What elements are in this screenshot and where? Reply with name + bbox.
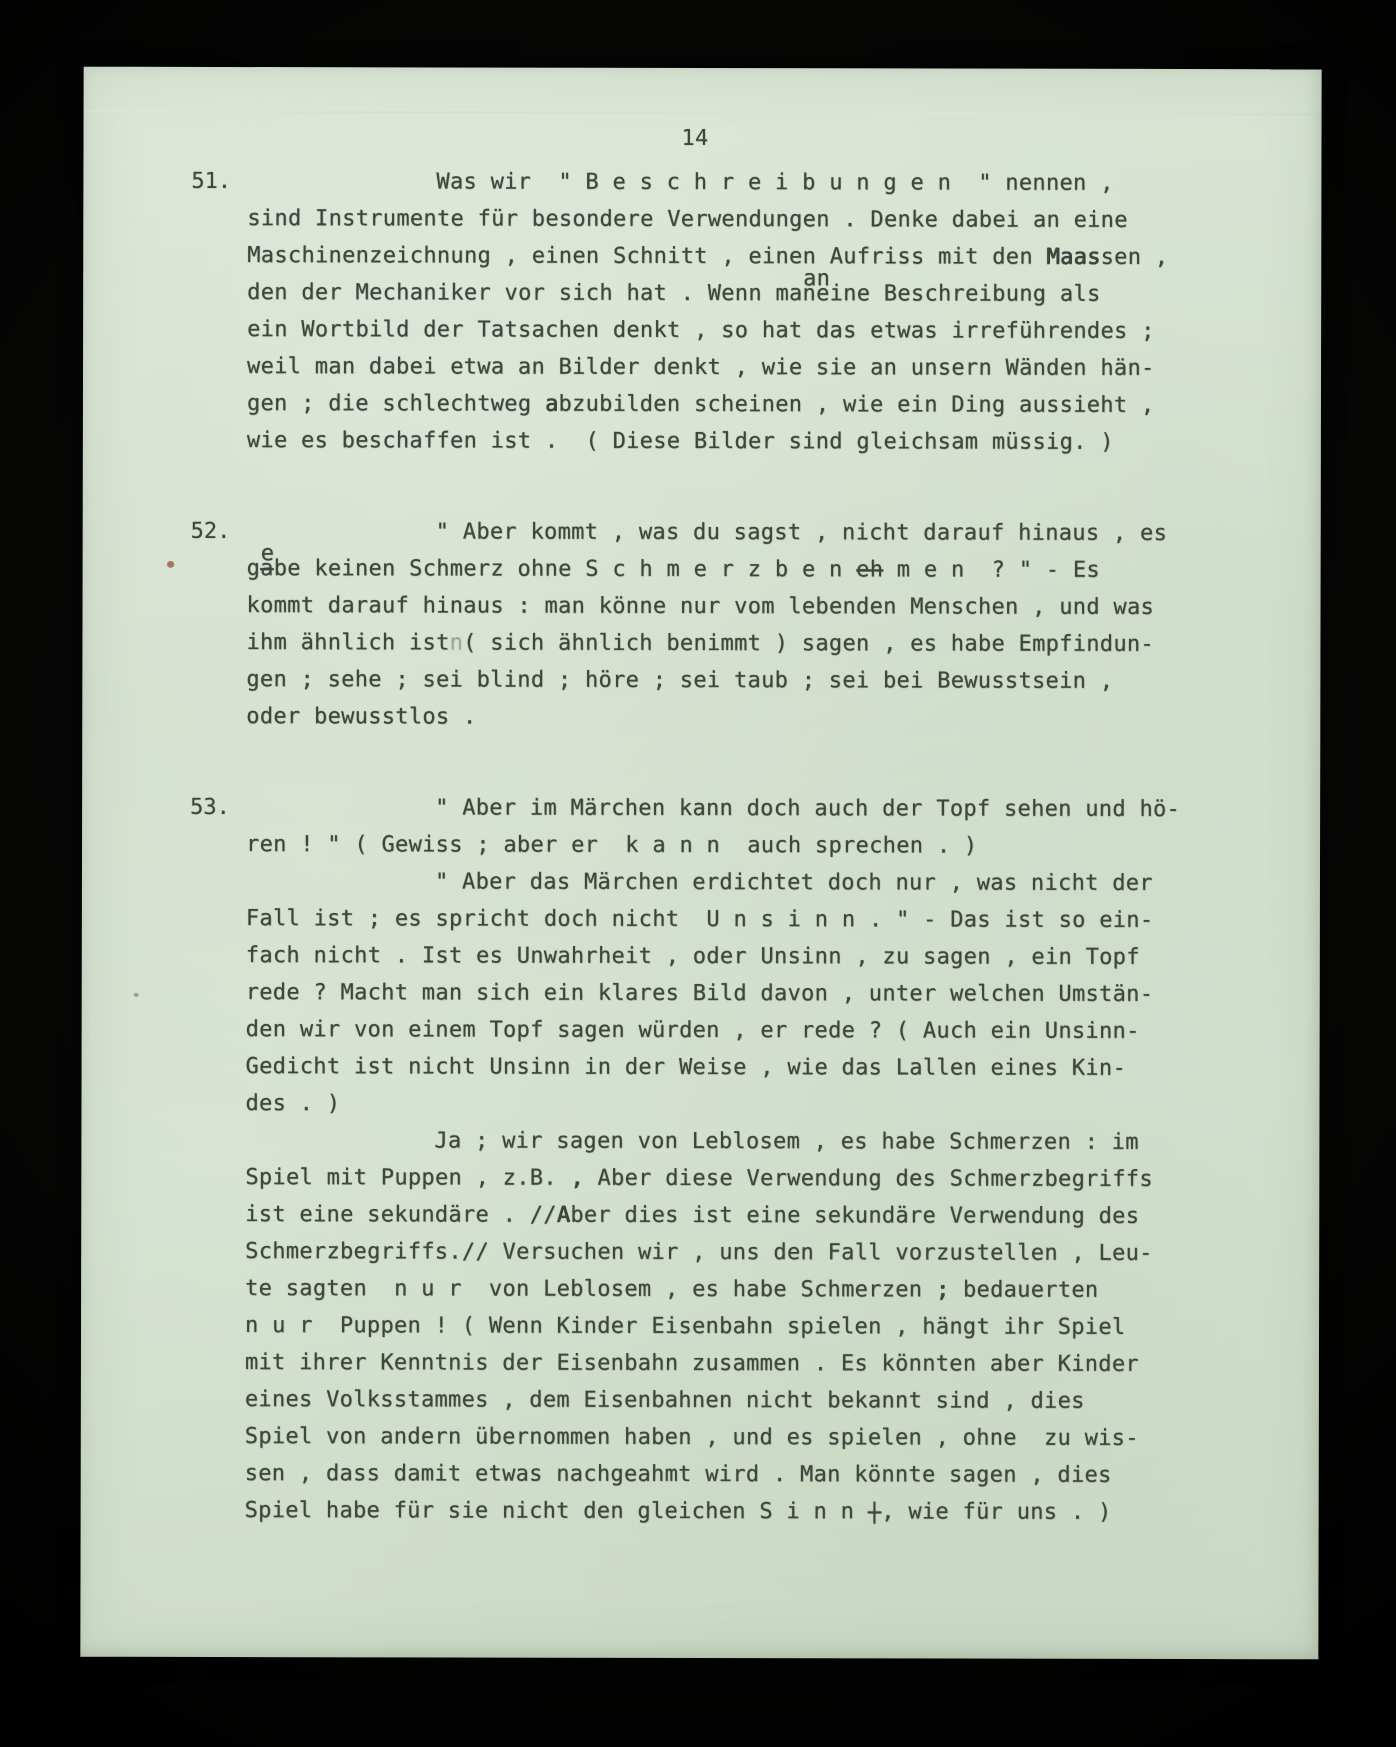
section-number: 51.: [191, 163, 248, 459]
section-body: Was wir " B e s c h r e i b u n g e n " …: [247, 163, 1322, 461]
text-line: Ja ; wir sagen von Leblosem , es habe Sc…: [245, 1122, 1319, 1161]
text-line: eines Volksstammes , dem Eisenbahnen nic…: [245, 1381, 1319, 1420]
text-segment: Gedicht ist nicht Unsinn in der Weise , …: [246, 1054, 1126, 1081]
text-line: mit ihrer Kenntnis der Eisenbahn zusamme…: [245, 1344, 1319, 1383]
text-segment: m e n ? " - Es: [883, 557, 1100, 582]
text-segment: gen ; sehe ; sei blind ; höre ; sei taub…: [246, 667, 1113, 694]
text-segment: g: [247, 556, 261, 581]
text-segment: ,: [570, 1166, 584, 1191]
text-line: Spiel von andern übernommen haben , und …: [245, 1418, 1319, 1457]
text-line: te sagten n u r von Leblosem , es habe S…: [245, 1270, 1319, 1309]
text-segment: kommt darauf hinaus : man könne nur vom …: [247, 593, 1155, 620]
text-line: " Aber im Märchen kann doch auch der Top…: [246, 789, 1320, 828]
text-segment: ihm ähnlich ist: [246, 630, 449, 655]
text-segment: eh: [856, 557, 883, 582]
text-line: weil man dabei etwa an Bilder denkt , wi…: [247, 348, 1321, 387]
page-content: 51.Was wir " B e s c h r e i b u n g e n…: [80, 163, 1321, 1586]
section: 52." Aber kommt , was du sagst , nicht d…: [82, 513, 1320, 738]
text-segment: Maas: [1046, 245, 1100, 270]
text-line: sen , dass damit etwas nachgeahmt wird .…: [245, 1455, 1319, 1494]
text-segment: Was wir " B e s c h r e i b u n g e n " …: [436, 169, 1113, 195]
text-segment: a: [545, 392, 559, 417]
text-line: oder bewusstlos .: [246, 698, 1320, 737]
text-line: ist eine sekundäre . //Aber dies ist ein…: [245, 1196, 1319, 1235]
text-line: den der Mechaniker vor sich hat . Wenn m…: [247, 274, 1321, 313]
text-line: gen ; die schlechtweg abzubilden scheine…: [247, 385, 1321, 424]
text-segment: sen , dass damit etwas nachgeahmt wird .…: [245, 1461, 1112, 1488]
text-line: Spiel mit Puppen , z.B. , Aber diese Ver…: [245, 1159, 1319, 1198]
text-line: " Aber kommt , was du sagst , nicht dara…: [247, 513, 1321, 552]
text-segment: eines Volksstammes , dem Eisenbahnen nic…: [245, 1387, 1085, 1414]
text-line: n u r Puppen ! ( Wenn Kinder Eisenbahn s…: [245, 1307, 1319, 1346]
text-line: ihm ähnlich istn( sich ähnlich benimmt )…: [246, 624, 1320, 663]
section: 51.Was wir " B e s c h r e i b u n g e n…: [83, 163, 1322, 462]
text-segment: mit ihrer Kenntnis der Eisenbahn zusamme…: [245, 1350, 1139, 1377]
text-segment: oder bewusstlos .: [246, 704, 476, 729]
text-segment: ;: [936, 1277, 950, 1302]
section-body: " Aber kommt , was du sagst , nicht dara…: [246, 513, 1320, 737]
text-segment: Ja ; wir sagen von Leblosem , es habe Sc…: [434, 1128, 1138, 1154]
text-segment: be keinen Schmerz ohne S c h m e r z b e…: [274, 556, 857, 582]
text-segment: " Aber im Märchen kann doch auch der Top…: [435, 795, 1180, 822]
text-segment: Fall ist ; es spricht doch nicht U n s i…: [246, 906, 1154, 933]
text-segment: eine Beschreibung als: [816, 281, 1101, 307]
text-line: ein Wortbild der Tatsachen denkt , so ha…: [247, 311, 1321, 350]
text-segment: Maschinenzeichnung , einen Schnitt , ein…: [247, 243, 1046, 270]
text-segment: den wir von einem Topf sagen würden , er…: [246, 1017, 1140, 1044]
text-line: Spiel habe für sie nicht den gleichen S …: [245, 1492, 1319, 1531]
text-segment: n: [450, 630, 464, 655]
text-segment: Spiel habe für sie nicht den gleichen S …: [245, 1498, 868, 1524]
text-segment: te sagten n u r von Leblosem , es habe S…: [245, 1276, 936, 1302]
text-line: Maschinenzeichnung , einen Schnitt , ein…: [247, 237, 1321, 276]
section-body: " Aber im Märchen kann doch auch der Top…: [245, 789, 1321, 1531]
text-line: sind Instrumente für besondere Verwendun…: [247, 200, 1321, 239]
text-segment: sen ,: [1101, 245, 1169, 270]
page-number: 14: [681, 126, 708, 151]
text-line: gen ; sehe ; sei blind ; höre ; sei taub…: [246, 661, 1320, 700]
text-line: " Aber das Märchen erdichtet doch nur , …: [246, 863, 1320, 902]
text-line: fach nicht . Ist es Unwahrheit , oder Un…: [246, 937, 1320, 976]
text-segment: |: [868, 1499, 882, 1524]
paper-crease: [84, 111, 1322, 116]
text-line: des . ): [245, 1085, 1319, 1124]
text-segment: ren ! " ( Gewiss ; aber er k a n n auch …: [246, 832, 977, 859]
text-segment: , wie für uns . ): [881, 1499, 1111, 1524]
text-segment: weil man dabei etwa an Bilder denkt , wi…: [247, 354, 1155, 381]
text-line: gaebe keinen Schmerz ohne S c h m e r z …: [247, 550, 1321, 589]
text-line: rede ? Macht man sich ein klares Bild da…: [246, 974, 1320, 1013]
text-segment: rede ? Macht man sich ein klares Bild da…: [246, 980, 1154, 1007]
text-line: kommt darauf hinaus : man könne nur vom …: [246, 587, 1320, 626]
text-segment: bzubilden scheinen , wie ein Ding aussie…: [558, 392, 1154, 418]
text-segment: fach nicht . Ist es Unwahrheit , oder Un…: [246, 943, 1140, 970]
text-line: Was wir " B e s c h r e i b u n g e n " …: [247, 163, 1321, 202]
text-segment: Spiel mit Puppen , z.B.: [245, 1165, 570, 1191]
text-segment: sind Instrumente für besondere Verwendun…: [247, 206, 1127, 233]
text-line: Gedicht ist nicht Unsinn in der Weise , …: [246, 1048, 1320, 1087]
ink-dot: [167, 561, 175, 568]
section-number: 53.: [189, 789, 247, 1529]
text-line: wie es beschaffen ist . ( Diese Bilder s…: [247, 422, 1321, 461]
text-segment: Aber diese Verwendung des Schmerzbegriff…: [584, 1166, 1153, 1192]
text-segment: wie es beschaffen ist . ( Diese Bilder s…: [247, 428, 1114, 455]
text-segment: bedauerten: [949, 1278, 1098, 1303]
section-number: 52.: [190, 513, 246, 735]
text-segment: des . ): [245, 1091, 340, 1116]
text-segment: ber dies ist eine sekundäre Verwendung d…: [570, 1203, 1139, 1229]
text-segment: A: [557, 1203, 571, 1228]
paper-speck: [134, 993, 139, 997]
photo-background: 14 51.Was wir " B e s c h r e i b u n g …: [0, 0, 1396, 1747]
text-segment: " Aber kommt , was du sagst , nicht dara…: [436, 519, 1167, 546]
text-line: Fall ist ; es spricht doch nicht U n s i…: [246, 900, 1320, 939]
text-segment: ist eine sekundäre . //: [245, 1202, 557, 1228]
text-segment: gen ; die schlechtweg: [247, 391, 545, 417]
text-segment: den der Mechaniker vor sich hat . Wenn m…: [247, 280, 816, 306]
text-line: den wir von einem Topf sagen würden , er…: [246, 1011, 1320, 1050]
text-line: Schmerzbegriffs.// Versuchen wir , uns d…: [245, 1233, 1319, 1272]
document-page: 14 51.Was wir " B e s c h r e i b u n g …: [80, 67, 1321, 1660]
text-segment: n u r Puppen ! ( Wenn Kinder Eisenbahn s…: [245, 1313, 1125, 1340]
text-segment: " Aber das Märchen erdichtet doch nur , …: [435, 869, 1153, 896]
text-segment: Spiel von andern übernommen haben , und …: [245, 1424, 1139, 1451]
text-line: ren ! " ( Gewiss ; aber er k a n n auch …: [246, 826, 1320, 865]
section: 53." Aber im Märchen kann doch auch der …: [81, 789, 1321, 1532]
text-segment: Schmerzbegriffs.// Versuchen wir , uns d…: [245, 1239, 1153, 1266]
text-segment: ein Wortbild der Tatsachen denkt , so ha…: [247, 317, 1155, 344]
text-segment: ( sich ähnlich benimmt ) sagen , es habe…: [463, 631, 1154, 657]
